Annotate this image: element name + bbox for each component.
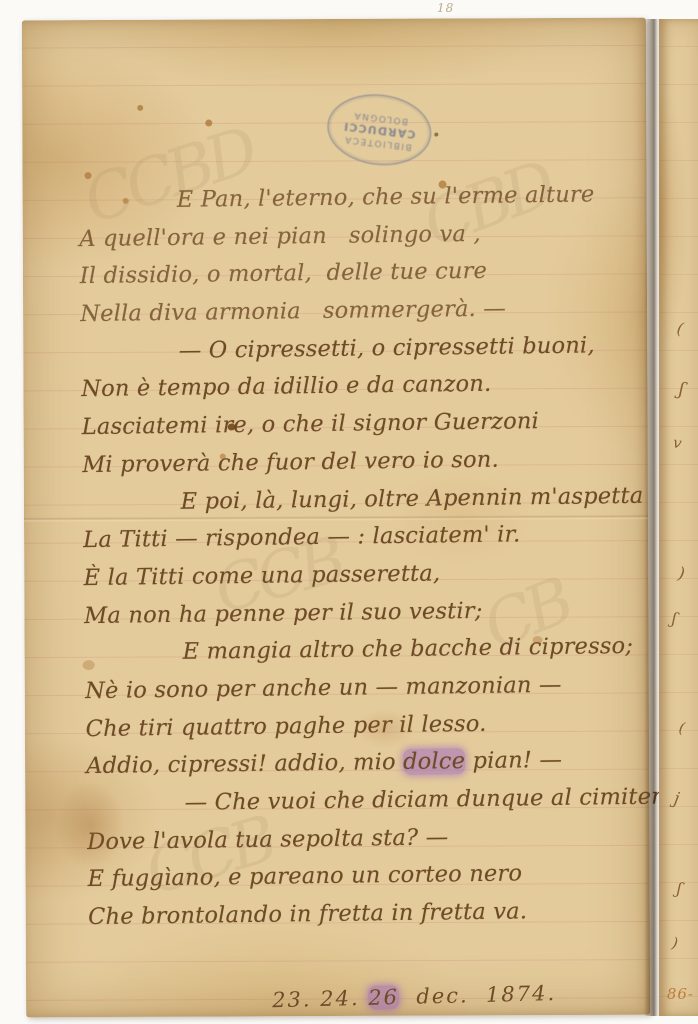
ink-fragment: ʃ bbox=[670, 609, 678, 628]
foxing-spot bbox=[434, 133, 438, 137]
manuscript-page: CCBD CBD CCB CB CCB BIBLIOTECA CARDUCCI … bbox=[22, 18, 650, 1018]
ink-fragment: j bbox=[672, 789, 681, 810]
library-stamp: BIBLIOTECA CARDUCCI BOLOGNA bbox=[324, 89, 436, 171]
foxing-spot bbox=[205, 120, 212, 127]
foxing-spot bbox=[137, 105, 143, 111]
ink-fragment: ʃ bbox=[675, 879, 683, 898]
ink-blot bbox=[228, 423, 236, 430]
ink-fragment: ( bbox=[677, 719, 686, 738]
poem-line: — Che vuoi che diciam dunque al cimitero bbox=[86, 778, 672, 823]
ink-fragment: ( bbox=[675, 319, 684, 339]
foxing-spot bbox=[84, 172, 91, 179]
date-inscription: 23. 24. 26 dec. 1874. bbox=[272, 981, 557, 1012]
folio-pencil-number: 18 bbox=[437, 1, 454, 15]
ink-fragment: ) bbox=[670, 934, 679, 953]
ink-fragment: ʃ bbox=[677, 379, 685, 401]
poem-line: Nella diva armonia sommergerà. — bbox=[80, 289, 666, 334]
poem-line: E mangia altro che bacche di cipresso; bbox=[84, 628, 670, 673]
catalog-number: 86- bbox=[667, 985, 694, 1003]
poem-text: E Pan, l'eterno, che su l'erme altureA q… bbox=[79, 175, 675, 936]
ink-smudge: dolce bbox=[403, 748, 465, 775]
ink-fragment: v bbox=[672, 433, 683, 452]
ink-fragment: ) bbox=[676, 564, 686, 585]
ink-smudge: 26 bbox=[368, 985, 399, 1010]
facing-page-edge: ( ʃ v ) ʃ ( j ʃ ) 86- bbox=[659, 19, 698, 1016]
poem-line: Che brontolando in fretta in fretta va. bbox=[88, 891, 674, 936]
